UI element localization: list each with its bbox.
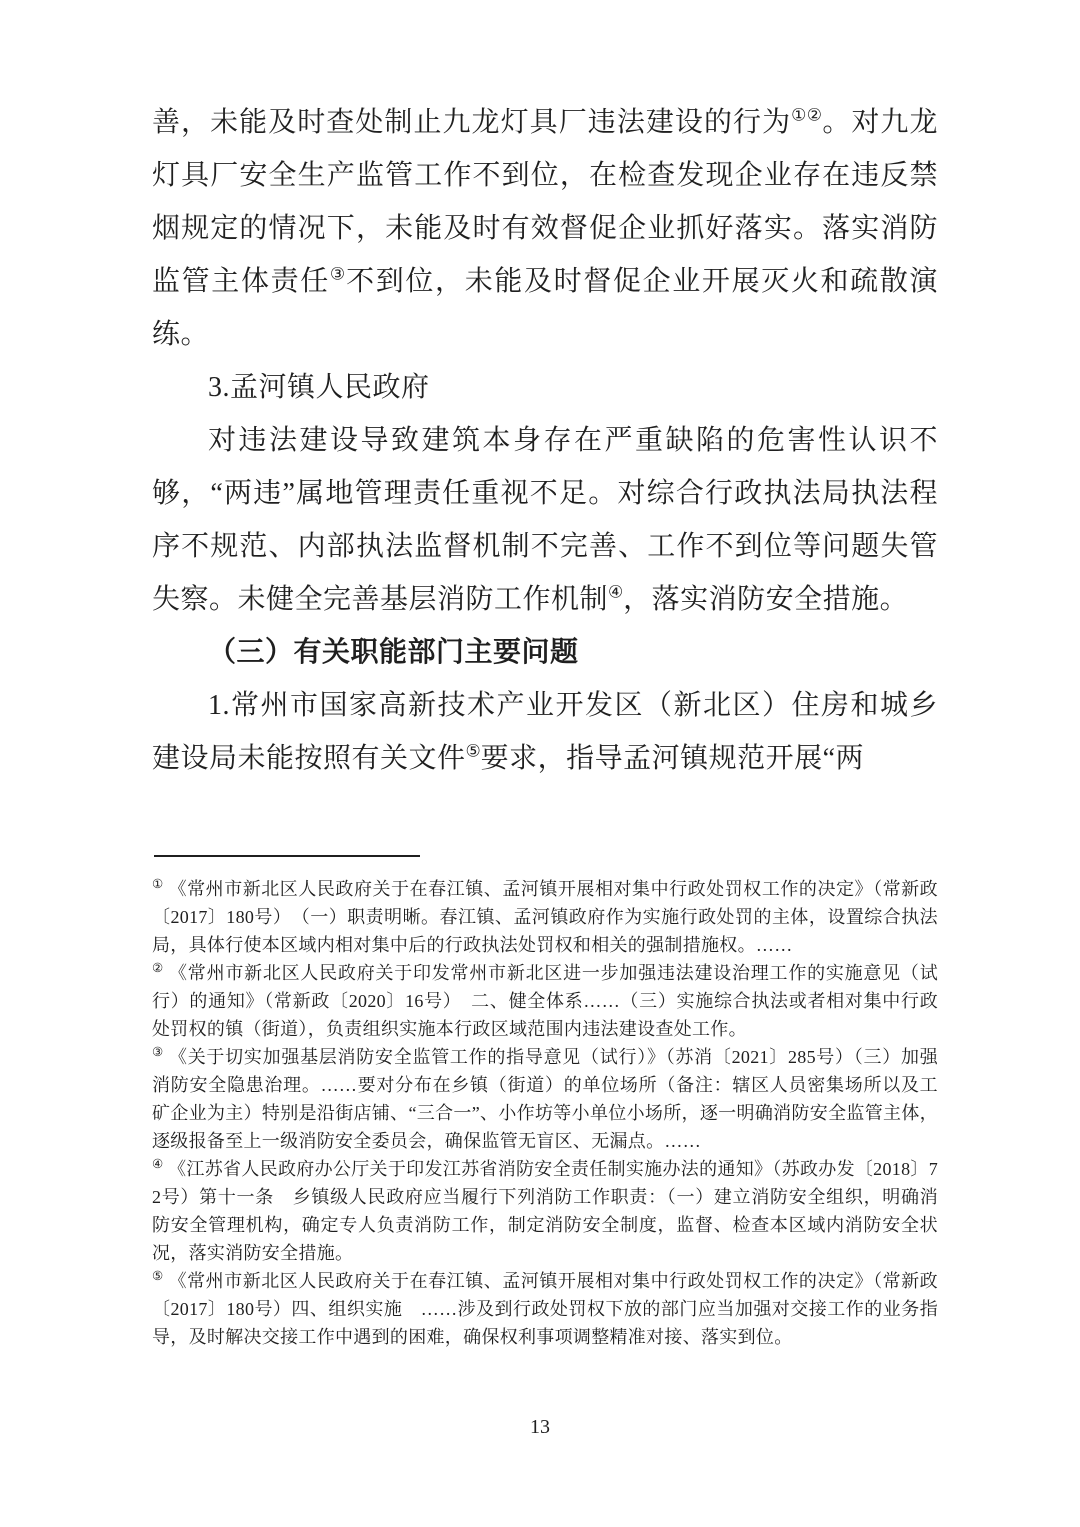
footnote-item: ① 《常州市新北区人民政府关于在春江镇、孟河镇开展相对集中行政处罚权工作的决定》… [152,875,938,959]
para-1-changzhou-high-tech-zone-housing-bureau: 1.常州市国家高新技术产业开发区（新北区）住房和城乡建设局未能按照有关文件⑤要求… [152,679,938,785]
footnote-item: ⑤ 《常州市新北区人民政府关于在春江镇、孟河镇开展相对集中行政处罚权工作的决定》… [152,1267,938,1351]
footnote-item: ② 《常州市新北区人民政府关于印发常州市新北区进一步加强违法建设治理工作的实施意… [152,959,938,1043]
footnote-marker: ① [152,877,164,891]
body-text: 善，未能及时查处制止九龙灯具厂违法建设的行为①②。对九龙灯具厂安全生产监管工作不… [152,96,938,785]
page-number: 13 [0,1416,1080,1439]
footnote-ref: ③ [330,265,346,284]
footnote-marker: ④ [152,1157,163,1171]
footnotes: ① 《常州市新北区人民政府关于在春江镇、孟河镇开展相对集中行政处罚权工作的决定》… [152,875,938,1351]
para-menghe-town-problems: 对违法建设导致建筑本身存在严重缺陷的危害性认识不够，“两违”属地管理责任重视不足… [152,414,938,626]
footnote-marker: ⑤ [152,1269,164,1283]
footnote-marker: ③ [152,1045,164,1059]
footnote-ref: ⑤ [466,742,481,761]
heading-3-menghe-town-government: 3.孟河镇人民政府 [152,361,938,414]
footnote-ref: ①② [791,106,822,125]
footnote-item: ③ 《关于切实加强基层消防安全监管工作的指导意见（试行）》（苏消〔2021〕28… [152,1043,938,1155]
para-continuation-jiulong-lamp-factory: 善，未能及时查处制止九龙灯具厂违法建设的行为①②。对九龙灯具厂安全生产监管工作不… [152,96,938,361]
heading-section-3-functional-departments: （三）有关职能部门主要问题 [152,626,938,679]
footnote-marker: ② [152,961,164,975]
footnote-separator [154,855,420,857]
content-area: 善，未能及时查处制止九龙灯具厂违法建设的行为①②。对九龙灯具厂安全生产监管工作不… [152,96,938,1351]
footnote-ref: ④ [608,583,623,602]
document-page: 善，未能及时查处制止九龙灯具厂违法建设的行为①②。对九龙灯具厂安全生产监管工作不… [0,0,1080,1527]
footnote-item: ④ 《江苏省人民政府办公厅关于印发江苏省消防安全责任制实施办法的通知》（苏政办发… [152,1155,938,1267]
